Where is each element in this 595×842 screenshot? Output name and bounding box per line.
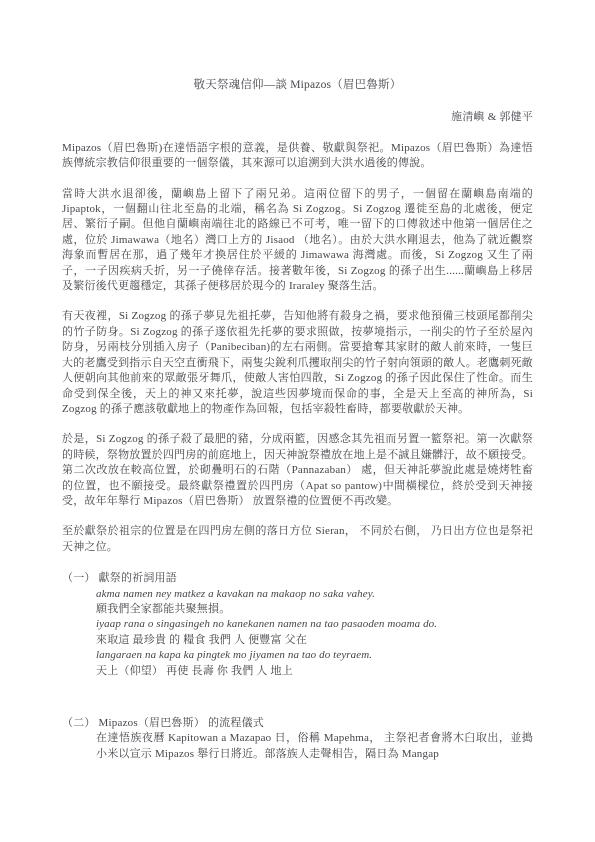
prayer-lines-block: akma namen ney matkez a kavakan na makao… <box>96 587 533 679</box>
prayer-line-zh-3: 天上（仰望） 再使 長壽 你 我們 人 地上 <box>96 664 533 679</box>
section1-heading: （一） 獻祭的祈詞用語 <box>62 571 533 586</box>
prayer-line-tao-3: langaraen na kapa ka pingtek mo jiyamen … <box>96 648 533 663</box>
paragraph-dream-eagle: 有天夜裡，Si Zogzog 的孫子夢見先祖托夢，告知他將有殺身之禍，要求他預備… <box>62 309 533 417</box>
prayer-line-zh-1: 願我們全家都能共聚無損。 <box>96 602 533 617</box>
paragraph-offering-placement: 於是，Si Zogzog 的孫子殺了最肥的豬，分成兩籃，因感念其先祖而另置一籃祭… <box>62 432 533 509</box>
author-line: 施清嶼 & 郭健平 <box>62 110 533 125</box>
prayer-line-tao-2: iyaap rana o singasingeh no kanekanen na… <box>96 617 533 632</box>
section2-body: 在達悟族夜曆 Kapitowan a Mazapao 日，俗稱 Mapehma，… <box>96 731 533 762</box>
prayer-line-tao-1: akma namen ney matkez a kavakan na makao… <box>96 587 533 602</box>
paragraph-ancestor-position: 至於獻祭於祖宗的位置是在四門房左側的落日方位 Sieran， 不同於右側， 乃日… <box>62 524 533 555</box>
document-page: 敬天祭魂信仰—談 Mipazos（眉巴魯斯） 施清嶼 & 郭健平 Mipazos… <box>0 0 595 842</box>
paragraph-flood-legend: 當時大洪水退卻後，蘭嶼島上留下了兩兄弟。這兩位留下的男子，一個留在蘭嶼島南端的 … <box>62 187 533 295</box>
prayer-line-zh-2: 來取這 最珍貴 的 糧食 我們 人 便豐富 父在 <box>96 633 533 648</box>
paragraph-intro: Mipazos（眉巴魯斯)在達悟語字根的意義，是供養、敬獻與祭祀。Mipazos… <box>62 141 533 172</box>
page-title: 敬天祭魂信仰—談 Mipazos（眉巴魯斯） <box>62 78 533 93</box>
section2-heading: （二） Mipazos（眉巴魯斯） 的流程儀式 <box>62 716 533 731</box>
